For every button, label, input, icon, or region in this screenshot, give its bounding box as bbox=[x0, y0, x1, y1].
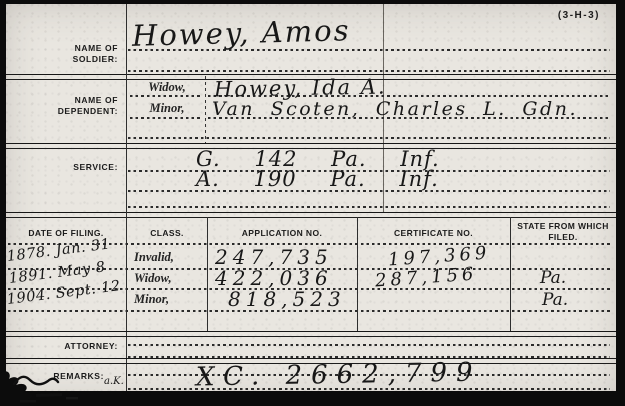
header-state-from-which-filed: STATE FROM WHICH FILED. bbox=[513, 221, 613, 242]
dotted-rule bbox=[128, 137, 610, 139]
table-column-divider bbox=[510, 217, 511, 332]
card-background: (3-H-3) NAME OF SOLDIER: Howey, Amos NAM… bbox=[0, 0, 625, 406]
header-application-no: APPLICATION NO. bbox=[207, 228, 357, 239]
scanned-pension-index-card: (3-H-3) NAME OF SOLDIER: Howey, Amos NAM… bbox=[0, 0, 625, 406]
soldier-name-handwriting: Howey, Amos bbox=[132, 13, 351, 53]
scan-artifact-ink-blob bbox=[0, 364, 98, 406]
service-line2-handwriting: A. 190 Pa. Inf. bbox=[196, 167, 439, 191]
service-label: SERVICE: bbox=[28, 162, 118, 173]
clerk-initials-handwriting: a.K. bbox=[104, 376, 124, 387]
scan-border-left bbox=[0, 0, 6, 406]
filing-row-state: Pa. bbox=[542, 290, 568, 310]
form-code: (3-H-3) bbox=[500, 10, 600, 21]
table-bottom-divider bbox=[6, 331, 617, 337]
dotted-rule bbox=[128, 344, 610, 346]
scan-border-right bbox=[616, 0, 625, 406]
header-class: CLASS. bbox=[127, 228, 207, 239]
minor-name-handwriting: Van Scoten, Charles L. Gdn. bbox=[212, 98, 578, 120]
remarks-value-handwriting: XC. 2662,799 bbox=[196, 358, 482, 393]
dotted-rule bbox=[130, 95, 202, 97]
filing-row-application-no: 818,523 bbox=[228, 287, 346, 311]
dotted-rule bbox=[128, 206, 610, 208]
scan-border-top bbox=[0, 0, 625, 4]
attorney-label: ATTORNEY: bbox=[28, 341, 118, 352]
minor-type-label: Minor, bbox=[134, 101, 200, 116]
sub-column-divider bbox=[205, 76, 206, 144]
header-certificate-no: CERTIFICATE NO. bbox=[357, 228, 510, 239]
widow-type-label: Widow, bbox=[134, 80, 200, 95]
filing-row-class: Minor, bbox=[134, 292, 169, 307]
filing-row-state: Pa. bbox=[540, 268, 566, 288]
dependent-label: NAME OF DEPENDENT: bbox=[28, 95, 118, 117]
soldier-label: NAME OF SOLDIER: bbox=[28, 43, 118, 65]
filing-row-class: Invalid, bbox=[134, 250, 174, 265]
table-top-divider bbox=[6, 212, 617, 218]
filing-row-class: Widow, bbox=[134, 271, 172, 286]
dotted-rule bbox=[130, 117, 202, 119]
dotted-rule bbox=[128, 70, 610, 72]
